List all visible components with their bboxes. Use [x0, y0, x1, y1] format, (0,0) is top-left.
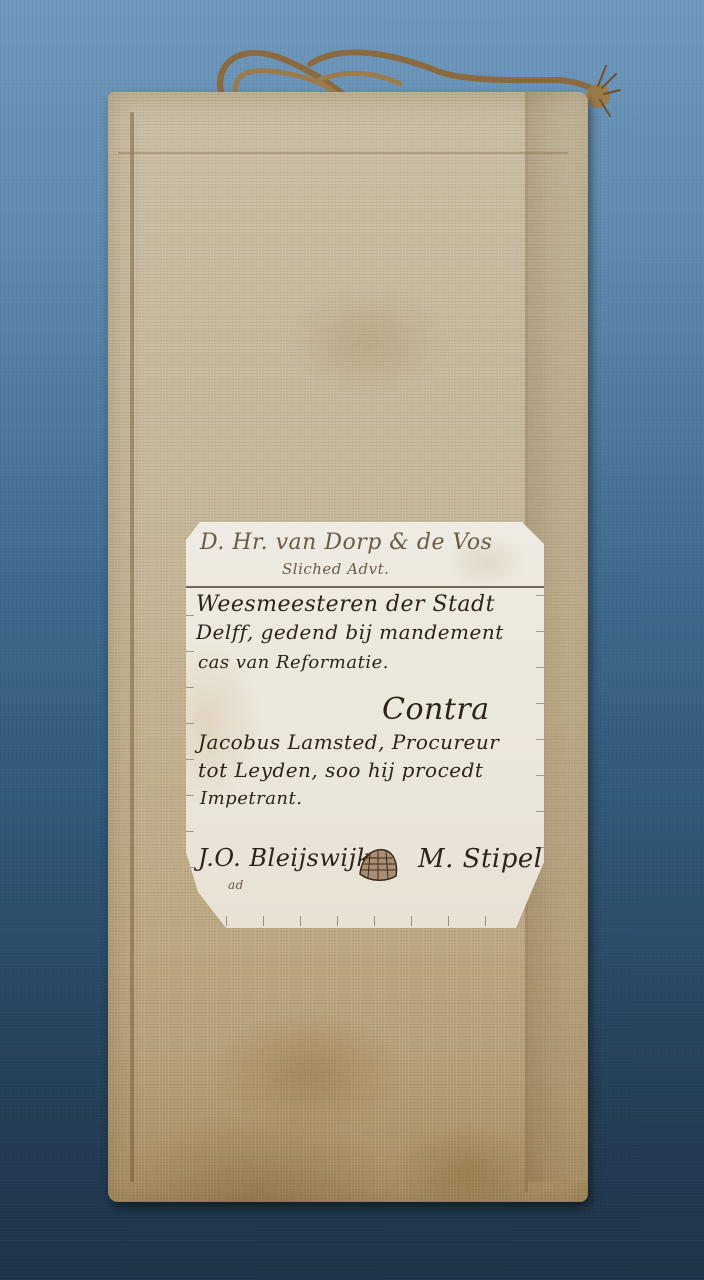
label-defendant-line3: Impetrant. — [200, 788, 302, 809]
label-body-line2: Delff, gedend bij mandement — [196, 620, 504, 644]
bag-top-hem — [118, 152, 568, 154]
label-header-line1: D. Hr. van Dorp & de Vos — [200, 530, 492, 555]
signature-right: M. Stipel — [418, 844, 543, 874]
label-divider — [186, 586, 544, 588]
signature-left: J.O. Bleijswijk — [198, 844, 372, 872]
label-stitch-marks-left — [186, 582, 194, 868]
label-header-line2: Sliched Advt. — [282, 560, 389, 578]
label-body-line1: Weesmeesteren der Stadt — [196, 592, 495, 617]
wax-seal-mark-icon — [356, 844, 400, 884]
label-contra: Contra — [382, 692, 490, 727]
label-stitch-marks-right — [536, 582, 544, 848]
label-body-line3: cas van Reformatie. — [198, 652, 389, 673]
label-defendant-line1: Jacobus Lamsted, Procureur — [198, 730, 499, 754]
signature-left-note: ad — [228, 878, 244, 892]
label-stitch-marks-bottom — [226, 916, 504, 926]
handwritten-label: D. Hr. van Dorp & de Vos Sliched Advt. W… — [186, 522, 544, 928]
bag-left-seam — [130, 112, 134, 1182]
label-defendant-line2: tot Leyden, soo hij procedt — [198, 758, 483, 782]
